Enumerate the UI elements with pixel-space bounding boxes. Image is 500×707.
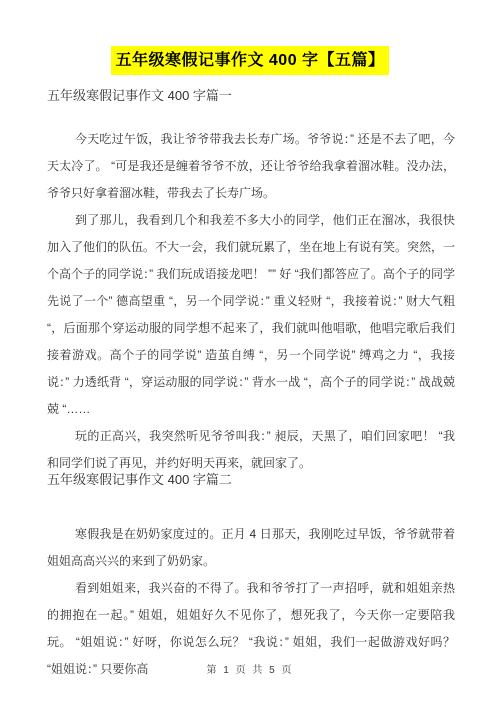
section-2-heading: 五年级寒假记事作文 400 字篇二 <box>47 471 455 488</box>
document-page: 五年级寒假记事作文 400 字【五篇】 五年级寒假记事作文 400 字篇一 今天… <box>0 0 500 707</box>
section-1-heading: 五年级寒假记事作文 400 字篇一 <box>47 87 455 104</box>
section-1-paragraph-2: 到了那儿，我看到几个和我差不多大小的同学，他们正在溜冰，我很快加入了他们的队伍。… <box>47 207 455 423</box>
section-1-paragraph-3: 玩的正高兴，我突然听见爷爷叫我：” 昶辰，天黑了，咱们回家吧！ “我和同学们说了… <box>47 423 455 477</box>
page-number-footer: 第 1 页 共 5 页 <box>0 661 500 676</box>
section-1-paragraph-1: 今天吃过午饭，我让爷爷带我去长寿广场。爷爷说：” 还是不去了吧，今天太冷了。 “… <box>47 126 455 207</box>
document-title: 五年级寒假记事作文 400 字【五篇】 <box>0 46 500 75</box>
section-2-paragraph-1: 寒假我是在奶奶家度过的。正月 4 日那天，我刚吃过早饭，爷爷就带着姐姐高高兴兴的… <box>47 521 455 575</box>
section-1-body: 今天吃过午饭，我让爷爷带我去长寿广场。爷爷说：” 还是不去了吧，今天太冷了。 “… <box>47 126 455 477</box>
document-title-text: 五年级寒假记事作文 400 字【五篇】 <box>111 46 388 75</box>
section-2-body: 寒假我是在奶奶家度过的。正月 4 日那天，我刚吃过早饭，爷爷就带着姐姐高高兴兴的… <box>47 521 455 683</box>
